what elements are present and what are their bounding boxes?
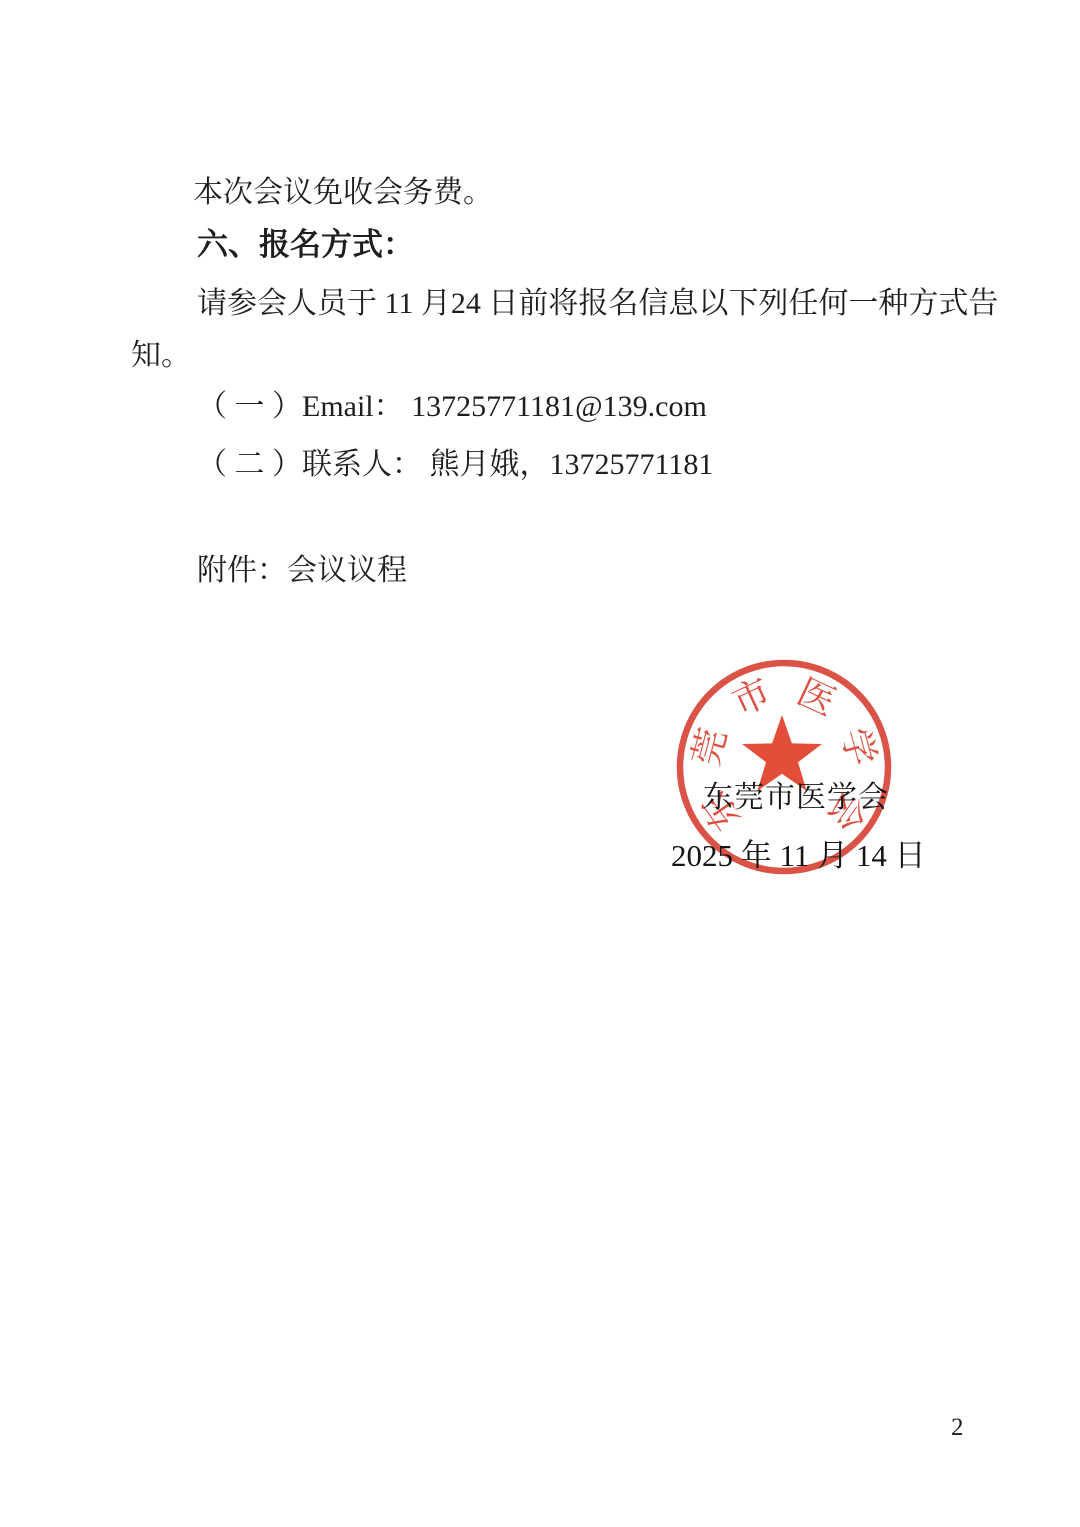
registration-item-contact: （ 二 ）联系人： 熊月娥，13725771181 (197, 450, 713, 480)
fee-paragraph: 本次会议免收会务费。 (193, 178, 493, 208)
signature-date: 2025 年 11 月 14 日 (671, 830, 926, 875)
attachment-line: 附件：会议议程 (197, 556, 407, 586)
document-page: 本次会议免收会务费。 六、报名方式： 请参会人员于 11 月24 日前将报名信息… (0, 0, 1080, 1527)
seal-arc-char: 市 (726, 672, 777, 725)
seal-arc-char: 医 (791, 672, 842, 725)
section-heading-registration: 六、报名方式： (197, 229, 414, 260)
registration-paragraph-line1: 请参会人员于 11 月24 日前将报名信息以下列任何一种方式告 (197, 289, 998, 319)
signature-organization: 东莞市医学会 (703, 772, 889, 816)
seal-arc-char: 莞 (685, 724, 735, 771)
page-number: 2 (951, 1414, 964, 1442)
seal-arc-char: 学 (833, 724, 882, 770)
registration-paragraph-line2: 知。 (131, 341, 191, 371)
registration-item-email: （ 一 ）Email： 13725771181@139.com (197, 392, 707, 422)
